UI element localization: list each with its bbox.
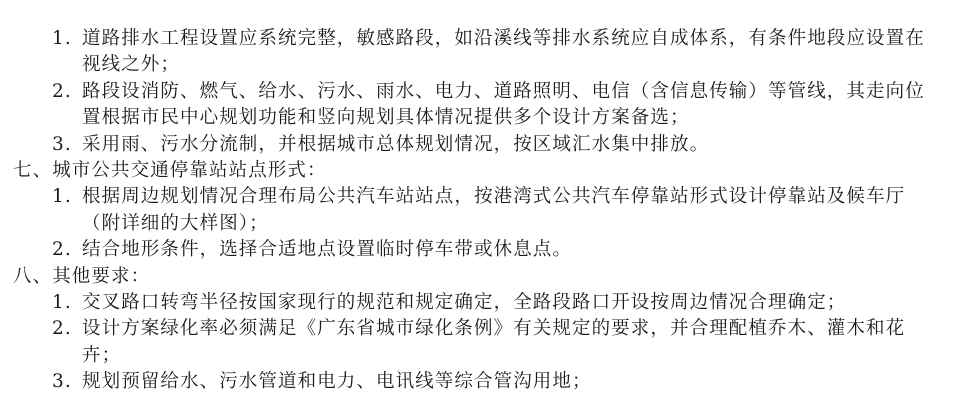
list-item-drainage: 1.道路排水工程设置应系统完整，敏感路段，如沿溪线等排水系统应自成体系，有条件地… xyxy=(0,26,961,52)
item-text: 卉； xyxy=(82,345,121,366)
section-heading-bus-stops: 七、城市公共交通停靠站站点形式： xyxy=(0,158,961,184)
item-number: 1. xyxy=(52,184,82,210)
section-heading-other-requirements: 八、其他要求： xyxy=(0,264,961,290)
item-text: 采用雨、污水分流制，并根据城市总体规划情况，按区域汇水集中排放。 xyxy=(82,134,709,155)
list-item-continuation: 视线之外； xyxy=(0,52,961,78)
item-number: 2. xyxy=(52,237,82,263)
item-text: 置根据市民中心规划功能和竖向规划具体情况提供多个设计方案备选； xyxy=(82,107,690,128)
item-text: 道路排水工程设置应系统完整，敏感路段，如沿溪线等排水系统应自成体系，有条件地段应… xyxy=(82,28,925,49)
list-item-pipelines: 2.路段设消防、燃气、给水、污水、雨水、电力、道路照明、电信（含信息传输）等管线… xyxy=(0,79,961,105)
section-title: 七、城市公共交通停靠站站点形式： xyxy=(13,160,327,181)
item-text: 路段设消防、燃气、给水、污水、雨水、电力、道路照明、电信（含信息传输）等管线，其… xyxy=(82,81,925,102)
item-text: 规划预留给水、污水管道和电力、电讯线等综合管沟用地； xyxy=(82,371,592,392)
list-item-continuation: 卉； xyxy=(0,343,961,369)
item-number: 3. xyxy=(52,369,82,395)
item-number: 1. xyxy=(52,26,82,52)
list-item-greening-rate: 2.设计方案绿化率必须满足《广东省城市绿化条例》有关规定的要求，并合理配植乔木、… xyxy=(0,316,961,342)
item-number: 2. xyxy=(52,316,82,342)
section-title: 八、其他要求： xyxy=(13,266,150,287)
item-number: 1. xyxy=(52,290,82,316)
item-number: 3. xyxy=(52,132,82,158)
list-item-continuation: 置根据市民中心规划功能和竖向规划具体情况提供多个设计方案备选； xyxy=(0,105,961,131)
item-text: 交叉路口转弯半径按国家现行的规范和规定确定，全路段路口开设按周边情况合理确定； xyxy=(82,292,846,313)
item-text: 视线之外； xyxy=(82,54,180,75)
list-item-continuation: （附详细的大样图）； xyxy=(0,211,961,237)
list-item-bus-stop-layout: 1.根据周边规划情况合理布局公共汽车站站点，按港湾式公共汽车停靠站形式设计停靠站… xyxy=(0,184,961,210)
document-body: 1.道路排水工程设置应系统完整，敏感路段，如沿溪线等排水系统应自成体系，有条件地… xyxy=(0,26,961,395)
item-text: （附详细的大样图）； xyxy=(82,213,269,234)
list-item-temporary-parking: 2.结合地形条件，选择合适地点设置临时停车带或休息点。 xyxy=(0,237,961,263)
list-item-utility-corridor: 3.规划预留给水、污水管道和电力、电讯线等综合管沟用地； xyxy=(0,369,961,395)
list-item-rain-sewage: 3.采用雨、污水分流制，并根据城市总体规划情况，按区域汇水集中排放。 xyxy=(0,132,961,158)
list-item-intersection-radius: 1.交叉路口转弯半径按国家现行的规范和规定确定，全路段路口开设按周边情况合理确定… xyxy=(0,290,961,316)
item-text: 设计方案绿化率必须满足《广东省城市绿化条例》有关规定的要求，并合理配植乔木、灌木… xyxy=(82,318,905,339)
item-text: 结合地形条件，选择合适地点设置临时停车带或休息点。 xyxy=(82,239,572,260)
item-text: 根据周边规划情况合理布局公共汽车站站点，按港湾式公共汽车停靠站形式设计停靠站及候… xyxy=(82,186,905,207)
item-number: 2. xyxy=(52,79,82,105)
